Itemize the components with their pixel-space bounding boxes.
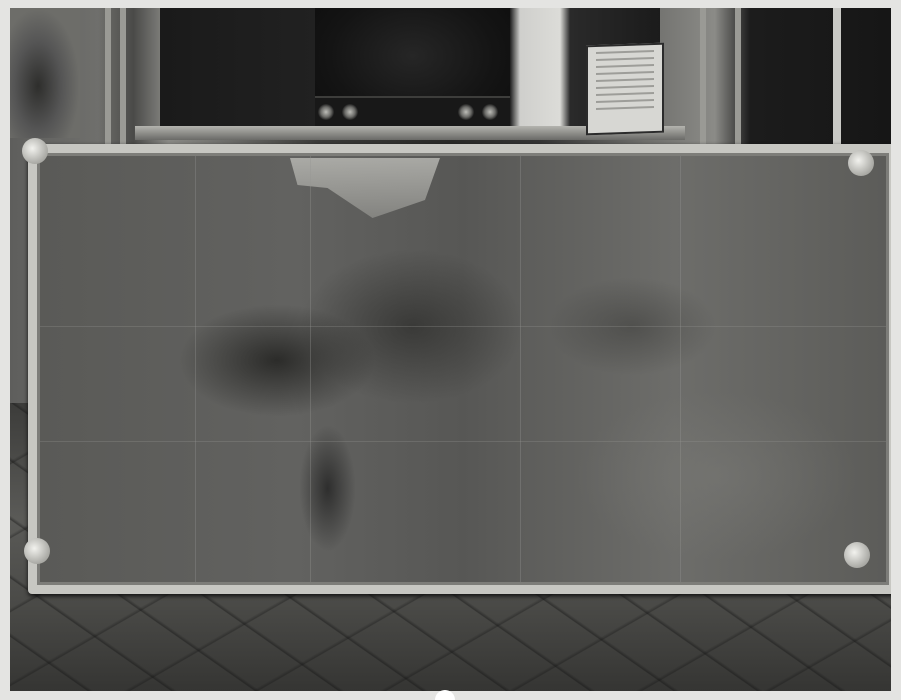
photograph: [10, 8, 891, 691]
damaged-patch: [290, 158, 440, 218]
pilaster: [120, 8, 126, 148]
frame-corner-ornament: [22, 138, 48, 164]
frame-corner-ornament: [844, 542, 870, 568]
pilaster: [735, 8, 741, 148]
rosette-icon: [458, 104, 474, 120]
frame-corner-ornament: [848, 150, 874, 176]
rosette-icon: [342, 104, 358, 120]
frame-corner-ornament: [24, 538, 50, 564]
map-frame: [28, 144, 891, 594]
rosette-icon: [318, 104, 334, 120]
pilaster: [700, 8, 706, 148]
map-panel: [40, 156, 886, 582]
placard: [586, 43, 664, 136]
window-light: [833, 8, 841, 148]
rosette-icon: [482, 104, 498, 120]
pilaster: [105, 8, 111, 148]
rococo-ornament: [10, 8, 80, 138]
